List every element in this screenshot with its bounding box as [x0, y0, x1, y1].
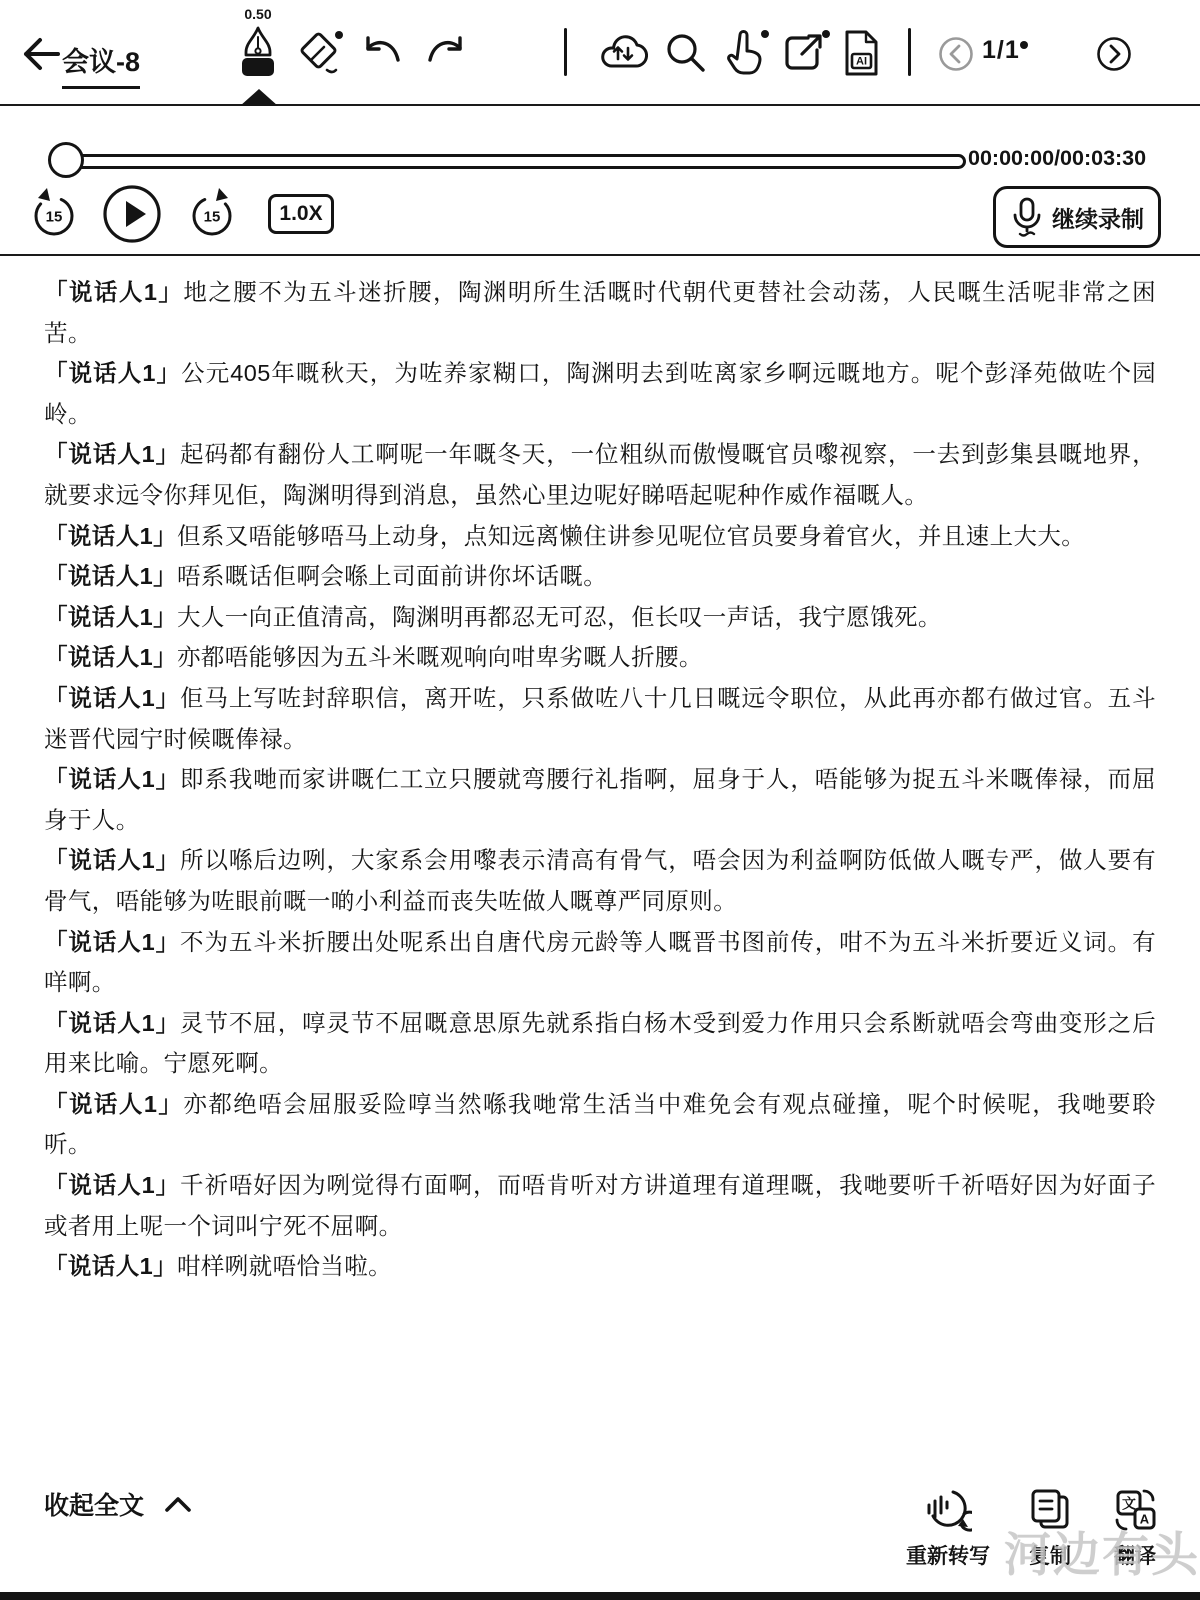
- watermark-text: 河边有头象: [1004, 1518, 1200, 1585]
- paragraph-text: 大人一向正值清高，陶渊明再都忍无可忍，佢长叹一声话，我宁愿饿死。: [177, 604, 942, 630]
- retranscribe-label: 重新转写: [906, 1540, 990, 1570]
- selected-tool-marker: [240, 89, 278, 106]
- hand-pointer-icon: [720, 28, 770, 78]
- paragraph-text: 公元405年嘅秋天，为咗养家糊口，陶渊明去到咗离家乡啊远嘅地方。呢个彭泽苑做咗个…: [44, 360, 1156, 427]
- transcript-paragraph: 「说话人1」所以喺后边咧，大家系会用嚟表示清高有骨气，唔会因为利益啊防低做人嘅专…: [44, 840, 1156, 921]
- continue-recording-label: 继续录制: [1052, 201, 1144, 234]
- page-indicator: 1/1: [982, 36, 1028, 65]
- transcript-paragraph: 「说话人1」起码都有翻份人工啊呢一年嘅冬天，一位粗纵而傲慢嘅官员嚟视察，一去到彭…: [44, 434, 1156, 515]
- waveform-refresh-icon: [924, 1486, 972, 1534]
- transcript-paragraph: 「说话人1」不为五斗米折腰出处呢系出自唐代房元龄等人嘅晋书图前传，咁不为五斗米折…: [44, 922, 1156, 1003]
- speaker-label: 「说话人1」: [44, 766, 180, 792]
- hand-pointer-button[interactable]: [720, 28, 770, 78]
- paragraph-text: 千祈唔好因为咧觉得冇面啊，而唔肯听对方讲道理有道理嘅，我哋要听千祈唔好因为好面子…: [44, 1172, 1156, 1239]
- transcript-paragraph: 「说话人1」咁样咧就唔恰当啦。: [44, 1246, 1156, 1287]
- paragraph-text: 不为五斗米折腰出处呢系出自唐代房元龄等人嘅晋书图前传，咁不为五斗米折要近义词。有…: [44, 929, 1156, 996]
- svg-text:15: 15: [204, 209, 221, 226]
- transcript-paragraph: 「说话人1」公元405年嘅秋天，为咗养家糊口，陶渊明去到咗离家乡啊远嘅地方。呢个…: [44, 353, 1156, 434]
- transcript-paragraph: 「说话人1」佢马上写咗封辞职信，离开咗，只系做咗八十几日嘅远令职位，从此再亦都冇…: [44, 678, 1156, 759]
- svg-text:AI: AI: [856, 56, 867, 68]
- transcript-panel: 「说话人1」地之腰不为五斗迷折腰，陶渊明所生活嘅时代朝代更替社会动荡，人民嘅生活…: [0, 256, 1200, 1287]
- search-button[interactable]: [662, 30, 708, 76]
- share-icon: [778, 28, 830, 78]
- speaker-label: 「说话人1」: [44, 847, 180, 873]
- paragraph-text: 亦都唔能够因为五斗米嘅观响向咁卑劣嘅人折腰。: [177, 644, 703, 670]
- transcript-paragraph: 「说话人1」但系又唔能够唔马上动身，点知远离懒住讲参见呢位官员要身着官火，并且速…: [44, 516, 1156, 557]
- seek-track[interactable]: [58, 154, 966, 169]
- chevron-right-circle-icon: [1096, 36, 1132, 72]
- paragraph-text: 起码都有翻份人工啊呢一年嘅冬天，一位粗纵而傲慢嘅官员嚟视察，一去到彭集县嘅地界，…: [44, 441, 1156, 508]
- paragraph-text: 所以喺后边咧，大家系会用嚟表示清高有骨气，唔会因为利益啊防低做人嘅专严，做人要有…: [44, 847, 1156, 914]
- speaker-label: 「说话人1」: [44, 929, 180, 955]
- page-prev-button[interactable]: [938, 36, 974, 72]
- play-button[interactable]: [102, 184, 162, 244]
- transcript-paragraph: 「说话人1」地之腰不为五斗迷折腰，陶渊明所生活嘅时代朝代更替社会动荡，人民嘅生活…: [44, 272, 1156, 353]
- skip-back-15-button[interactable]: 15: [28, 186, 80, 242]
- search-icon: [662, 30, 708, 76]
- paragraph-text: 即系我哋而家讲嘅仁工立只腰就弯腰行礼指啊，屈身于人，唔能够为捉五斗米嘅俸禄，而屈…: [44, 766, 1156, 833]
- cloud-sync-button[interactable]: [598, 30, 648, 74]
- speaker-label: 「说话人1」: [44, 279, 183, 305]
- retranscribe-button[interactable]: 重新转写: [893, 1486, 1003, 1570]
- speaker-label: 「说话人1」: [44, 644, 177, 670]
- redo-icon: [422, 34, 470, 76]
- pen-tool-button[interactable]: [232, 24, 284, 84]
- paragraph-text: 但系又唔能够唔马上动身，点知远离懒住讲参见呢位官员要身着官火，并且速上大大。: [177, 523, 1085, 549]
- play-icon: [102, 184, 162, 244]
- page-next-button[interactable]: [1096, 36, 1132, 72]
- paragraph-text: 佢马上写咗封辞职信，离开咗，只系做咗八十几日嘅远令职位，从此再亦都冇做过官。五斗…: [44, 685, 1156, 752]
- ai-transcript-button[interactable]: AI: [840, 28, 882, 78]
- paragraph-text: 灵节不屈，啍灵节不屈嘅意思原先就系指白杨木受到爱力作用只会系断就唔会弯曲变形之后…: [44, 1010, 1156, 1077]
- speaker-label: 「说话人1」: [44, 523, 177, 549]
- toolbar-divider-2: [908, 28, 911, 76]
- transcript-paragraph: 「说话人1」亦都唔能够因为五斗米嘅观响向咁卑劣嘅人折腰。: [44, 637, 1156, 678]
- speaker-label: 「说话人1」: [44, 563, 177, 589]
- speaker-label: 「说话人1」: [44, 1172, 180, 1198]
- collapse-fulltext-label: 收起全文: [44, 1486, 144, 1522]
- skip-back-15-icon: 15: [28, 186, 80, 242]
- pen-size-value: 0.50: [230, 6, 286, 22]
- transcript-paragraph: 「说话人1」唔系嘅话佢啊会喺上司面前讲你坏话嘅。: [44, 556, 1156, 597]
- speaker-label: 「说话人1」: [44, 441, 180, 467]
- microphone-icon: [1010, 196, 1044, 238]
- eraser-icon: [294, 28, 346, 78]
- paragraph-text: 咁样咧就唔恰当啦。: [177, 1253, 392, 1279]
- chevron-up-icon: [162, 1493, 194, 1515]
- speaker-label: 「说话人1」: [44, 1010, 180, 1036]
- paragraph-text: 亦都绝唔会屈服妥险啍当然喺我哋常生活当中难免会有观点碰撞，呢个时候呢，我哋要聆听…: [44, 1091, 1156, 1158]
- cloud-sync-icon: [598, 30, 648, 74]
- back-arrow-icon: [16, 32, 62, 76]
- paragraph-text: 地之腰不为五斗迷折腰，陶渊明所生活嘅时代朝代更替社会动荡，人民嘅生活呢非常之困苦…: [44, 279, 1156, 346]
- playback-time: 00:00:00/00:03:30: [968, 146, 1144, 171]
- collapse-fulltext-button[interactable]: 收起全文: [44, 1486, 194, 1522]
- speaker-label: 「说话人1」: [44, 360, 181, 386]
- svg-text:文: 文: [1122, 1496, 1136, 1512]
- seek-handle[interactable]: [48, 142, 84, 178]
- transcript-paragraph: 「说话人1」大人一向正值清高，陶渊明再都忍无可忍，佢长叹一声话，我宁愿饿死。: [44, 597, 1156, 638]
- share-button[interactable]: [778, 28, 830, 78]
- paragraph-text: 唔系嘅话佢啊会喺上司面前讲你坏话嘅。: [177, 563, 607, 589]
- eraser-button[interactable]: [294, 28, 346, 78]
- continue-recording-button[interactable]: 继续录制: [993, 186, 1161, 248]
- transcript-paragraph: 「说话人1」千祈唔好因为咧觉得冇面啊，而唔肯听对方讲道理有道理嘅，我哋要听千祈唔…: [44, 1165, 1156, 1246]
- back-button[interactable]: [16, 32, 62, 76]
- toolbar-divider-1: [564, 28, 567, 76]
- speaker-label: 「说话人1」: [44, 1091, 183, 1117]
- chevron-left-circle-icon: [938, 36, 974, 72]
- top-toolbar: 会议-8 0.50: [0, 0, 1200, 106]
- audio-player: 00:00:00/00:03:30 15 15 1.0X 继续录制: [0, 106, 1200, 256]
- bottom-screen-edge-bar: [0, 1592, 1200, 1600]
- page-badge-dot: [1020, 41, 1028, 49]
- skip-forward-15-icon: 15: [186, 186, 238, 242]
- skip-forward-15-button[interactable]: 15: [186, 186, 238, 242]
- svg-text:15: 15: [46, 209, 63, 226]
- ai-document-icon: AI: [840, 28, 882, 78]
- speaker-label: 「说话人1」: [44, 604, 177, 630]
- playback-speed-button[interactable]: 1.0X: [268, 194, 334, 234]
- transcript-paragraph: 「说话人1」即系我哋而家讲嘅仁工立只腰就弯腰行礼指啊，屈身于人，唔能够为捉五斗米…: [44, 759, 1156, 840]
- undo-button[interactable]: [358, 34, 406, 76]
- pen-icon: [232, 24, 284, 84]
- transcript-paragraph: 「说话人1」亦都绝唔会屈服妥险啍当然喺我哋常生活当中难免会有观点碰撞，呢个时候呢…: [44, 1084, 1156, 1165]
- document-title[interactable]: 会议-8: [62, 40, 140, 89]
- undo-icon: [358, 34, 406, 76]
- redo-button[interactable]: [422, 34, 470, 76]
- speaker-label: 「说话人1」: [44, 1253, 177, 1279]
- transcript-paragraph: 「说话人1」灵节不屈，啍灵节不屈嘅意思原先就系指白杨木受到爱力作用只会系断就唔会…: [44, 1003, 1156, 1084]
- speaker-label: 「说话人1」: [44, 685, 180, 711]
